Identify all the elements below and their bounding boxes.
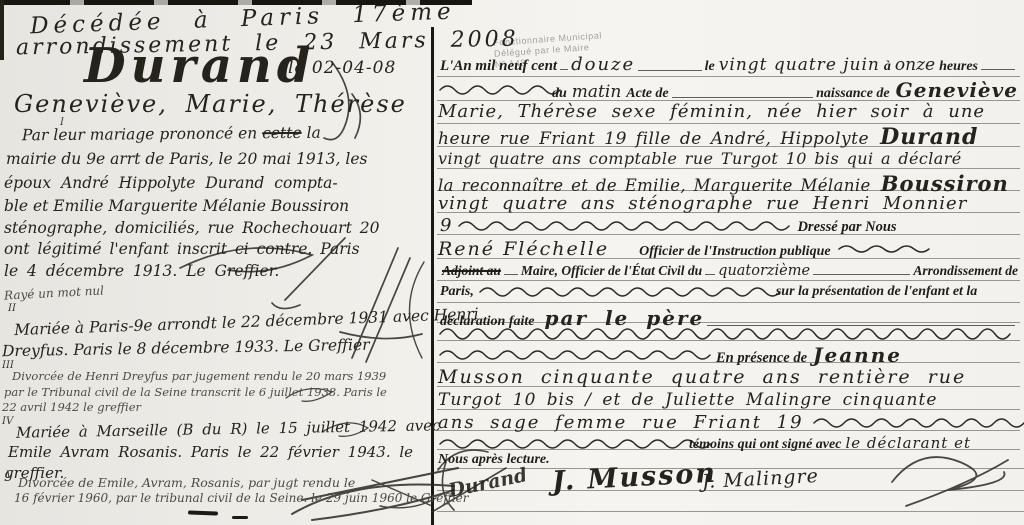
fill-rule bbox=[981, 57, 1015, 70]
printed-label: Officier de l'Instruction publique bbox=[639, 244, 830, 260]
mention3-line: Divorcée de Henri Dreyfus par jugement r… bbox=[12, 369, 386, 383]
fill-rule bbox=[504, 262, 518, 275]
hw-fill-year: douze bbox=[571, 54, 635, 75]
mention2-numeral: II bbox=[8, 303, 16, 314]
printed-label: Arrondissement de bbox=[913, 263, 1018, 279]
mention3-line: 22 avril 1942 le greffier bbox=[2, 400, 141, 414]
form-rule-line bbox=[437, 168, 1020, 169]
printed-label: Acte de bbox=[626, 86, 668, 102]
fill-rule bbox=[705, 262, 715, 275]
mention5-line: 16 février 1960, par le tribunal civil d… bbox=[14, 491, 469, 505]
mention2-line: Mariée à Paris-9e arrondt le 22 décembre… bbox=[14, 305, 479, 339]
squiggle-filler bbox=[440, 437, 685, 451]
printed-label: heures bbox=[939, 59, 978, 75]
hw-text: heure rue Friant 19 fille de André, Hipp… bbox=[438, 129, 869, 149]
mention3-line: par le Tribunal civil de la Seine transc… bbox=[4, 385, 387, 399]
hw-officer-name: René Fléchelle bbox=[438, 238, 609, 260]
hw-father-surname: Durand bbox=[880, 124, 978, 150]
hw-fill-hour: onze bbox=[895, 55, 935, 75]
form-rule-line bbox=[437, 302, 1020, 303]
signature-flourish-officer bbox=[892, 457, 1008, 506]
act-line-15: Musson cinquante quatre ans rentière rue bbox=[438, 366, 966, 388]
act-line-1: L'An mil neuf cent douze le vingt quatre… bbox=[440, 54, 1018, 75]
hw-text: le déclarant et bbox=[845, 434, 971, 452]
squiggle-filler bbox=[440, 83, 548, 97]
printed-label: sur la présentation de l'enfant et la bbox=[776, 284, 977, 300]
act-line-18: témoins qui ont signé avec le déclarant … bbox=[440, 434, 1018, 453]
act-line-3: Marie, Thérèse sexe féminin, née hier so… bbox=[438, 101, 985, 122]
act-line-17: ans sage femme rue Friant 19 bbox=[438, 412, 1018, 433]
printed-label: du bbox=[552, 86, 567, 102]
fill-rule bbox=[813, 273, 910, 275]
hw-fill-firstname: Geneviève bbox=[896, 78, 1018, 102]
mention2-line: Dreyfus. Paris le 8 décembre 1933. Le Gr… bbox=[2, 336, 370, 360]
printed-label: Dressé par Nous bbox=[797, 219, 896, 236]
scan-artifact-top-edge bbox=[0, 0, 472, 5]
printed-label: naissance de bbox=[816, 86, 890, 102]
form-rule-line bbox=[437, 511, 1024, 512]
printed-label: Maire, Officier de l'État Civil du bbox=[521, 263, 702, 279]
fill-rule bbox=[560, 57, 568, 70]
mention4-line: Mariée à Marseille (B du R) le 15 juille… bbox=[16, 416, 441, 441]
mention1-text: la bbox=[302, 124, 321, 142]
printed-label: L'An mil neuf cent bbox=[440, 58, 557, 75]
act-line-7: vingt quatre ans sténographe rue Henri M… bbox=[438, 193, 967, 214]
squiggle-filler bbox=[440, 348, 710, 362]
scan-smudge bbox=[232, 516, 248, 519]
mention5-numeral: V bbox=[6, 470, 13, 481]
mention4-line: Emile Avram Rosanis. Paris le 22 février… bbox=[8, 443, 413, 461]
mention1-line: Par leur mariage prononcé en cette la bbox=[22, 124, 321, 145]
act-line-8: 9 Dressé par Nous bbox=[440, 215, 1018, 236]
registered-surname: Durand bbox=[84, 38, 315, 94]
mention1-line: époux André Hippolyte Durand compta- bbox=[4, 174, 338, 192]
hw-fill-arrondissement: quatorzième bbox=[718, 263, 810, 279]
death-mention-date-note: le 02-04-08 bbox=[288, 58, 396, 78]
mention1-line: ble et Emilie Marguerite Mélanie Boussir… bbox=[4, 197, 349, 215]
hw-fill-ampm: matin bbox=[572, 82, 621, 102]
printed-label: Paris, bbox=[440, 284, 474, 300]
act-line-19: Nous après lecture. bbox=[438, 452, 550, 468]
printed-label: le bbox=[705, 59, 715, 75]
signature-witness1: J. Musson bbox=[551, 458, 717, 498]
mention5-line: Divorcée de Emile, Avram, Rosanis, par j… bbox=[18, 475, 355, 490]
printed-label: à bbox=[884, 59, 891, 75]
printed-label-struck: Adjoint au bbox=[442, 263, 501, 279]
act-line-14: En présence de Jeanne bbox=[440, 343, 1018, 367]
squiggle-filler bbox=[814, 416, 1024, 430]
fill-rule bbox=[672, 96, 813, 98]
act-line-9: René Fléchelle Officier de l'Instruction… bbox=[438, 238, 1016, 260]
printed-label: En présence de bbox=[716, 350, 807, 367]
act-line-10: Adjoint au Maire, Officier de l'État Civ… bbox=[442, 262, 1018, 279]
hw-text: ans sage femme rue Friant 19 bbox=[438, 412, 804, 433]
squiggle-filler bbox=[480, 285, 770, 299]
scan-smudge bbox=[188, 510, 218, 515]
register-column-divider bbox=[431, 27, 434, 525]
mention1-text: Par leur mariage prononcé en bbox=[22, 124, 262, 144]
raye-un-mot-nul-note: Rayé un mot nul bbox=[4, 283, 105, 302]
act-line-13 bbox=[440, 326, 1018, 342]
act-line-2: du matin Acte de naissance de Geneviève bbox=[440, 78, 1018, 102]
hw-street-number: 9 bbox=[440, 215, 451, 236]
act-line-11: Paris, sur la présentation de l'enfant e… bbox=[440, 284, 1018, 300]
mention1-line: mairie du 9e arrt de Paris, le 20 mai 19… bbox=[6, 150, 367, 168]
mention1-line: ont légitimé l'enfant inscrit ci contre.… bbox=[4, 240, 360, 258]
mention4-numeral: IV bbox=[2, 416, 13, 427]
form-rule-line bbox=[437, 280, 1020, 281]
fill-rule bbox=[638, 69, 701, 71]
scanned-birth-certificate: Fonctionnaire Municipal Délégué par le M… bbox=[0, 0, 1024, 525]
signature-witness2: J. Malingre bbox=[702, 465, 820, 493]
scan-artifact-left-edge bbox=[0, 0, 4, 60]
printed-label: témoins qui ont signé avec bbox=[689, 437, 841, 453]
form-rule-line bbox=[437, 76, 1020, 77]
squiggle-filler bbox=[459, 219, 789, 233]
squiggle-filler bbox=[839, 243, 901, 255]
squiggle-filler bbox=[440, 326, 1010, 342]
mention1-line: sténographe, domiciliés, rue Rochechouar… bbox=[4, 219, 379, 237]
registered-given-names: Geneviève, Marie, Thérèse bbox=[14, 90, 407, 118]
hw-witness1-firstname: Jeanne bbox=[813, 343, 902, 367]
act-line-4: heure rue Friant 19 fille de André, Hipp… bbox=[438, 124, 978, 150]
signature-declarant: Durand bbox=[447, 464, 530, 502]
hw-fill-day: vingt quatre juin bbox=[719, 55, 880, 75]
mention1-struck-word: cette bbox=[262, 124, 302, 142]
mention1-line: le 4 décembre 1913. Le Greffier. bbox=[4, 262, 279, 280]
act-line-5: vingt quatre ans comptable rue Turgot 10… bbox=[438, 149, 962, 168]
act-line-16: Turgot 10 bis / et de Juliette Malingre … bbox=[438, 390, 937, 410]
